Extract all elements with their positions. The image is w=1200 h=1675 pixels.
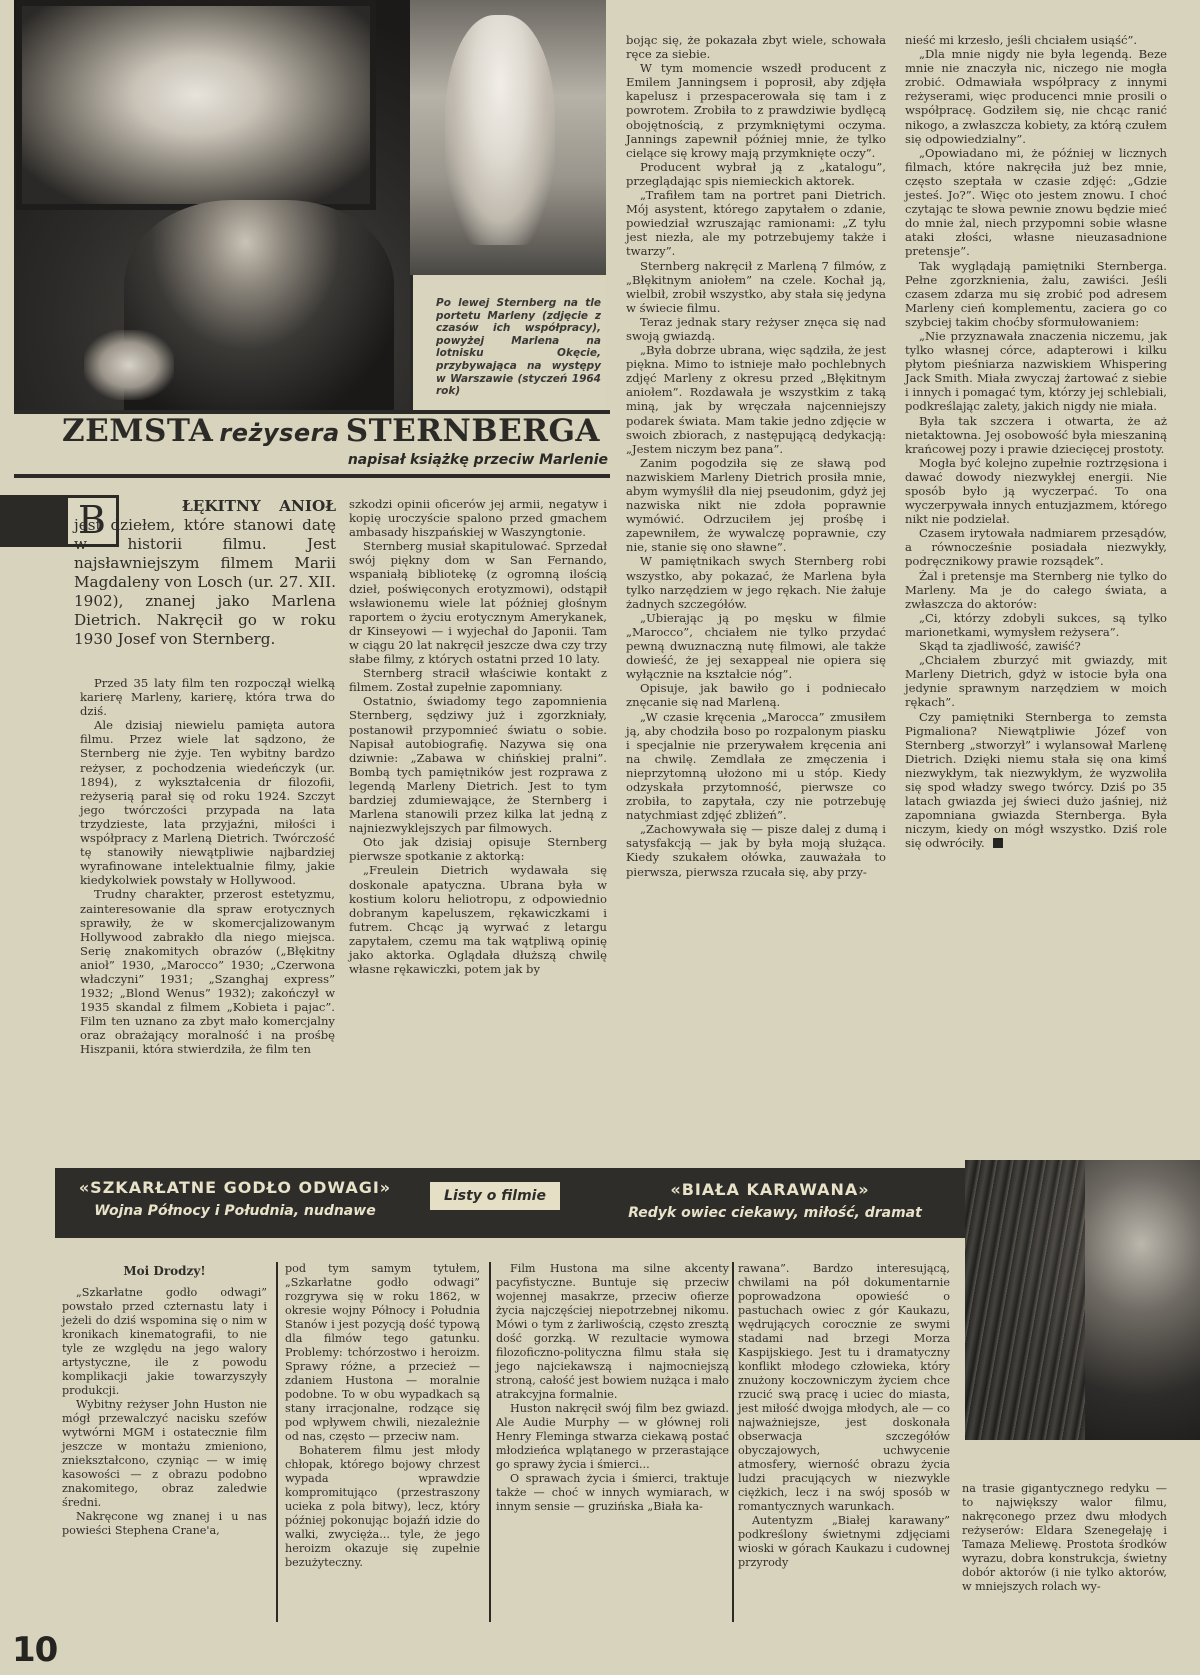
biala-karawana-photo — [965, 1160, 1200, 1440]
headline-part2: reżysera — [219, 419, 339, 447]
paragraph: Oto jak dzisiaj opisuje Sternberg pierws… — [349, 835, 607, 863]
section-label-listy-o-filmie: Listy o filmie — [430, 1182, 560, 1210]
paragraph: Zanim pogodziła się ze sławą pod nazwisk… — [626, 456, 886, 555]
paragraph: Sternberg nakręcił z Marleną 7 filmów, z… — [626, 259, 886, 315]
hand-with-cigarette-image — [84, 330, 174, 400]
column-divider — [732, 1262, 734, 1622]
paragraph: W tym momencie wszedł producent z Emilem… — [626, 61, 886, 160]
paragraph: szkodzi opinii oficerów jej armii, negat… — [349, 497, 607, 539]
column-divider — [276, 1262, 278, 1622]
headline-bottom-rule — [14, 474, 610, 478]
headline-part3: STERNBERGA — [346, 413, 600, 449]
headline: ZEMSTAreżyseraSTERNBERGA — [60, 412, 600, 452]
paragraph: Producent wybrał ją z „katalogu”, przegl… — [626, 160, 886, 188]
paragraph: „Ubierając ją po męsku w filmie „Marocco… — [626, 611, 886, 681]
headline-part1: ZEMSTA — [62, 413, 213, 449]
paragraph: Przed 35 laty film ten rozpoczął wielką … — [80, 676, 335, 718]
paragraph: Film Hustona ma silne akcenty pacyfistyc… — [496, 1262, 729, 1402]
review1-title: «SZKARŁATNE GODŁO ODWAGI» — [70, 1178, 400, 1197]
paragraph: Czy pamiętniki Sternberga to zemsta Pigm… — [905, 710, 1167, 851]
review2-subtitle: Redyk owiec ciekawy, miłość, dramat — [600, 1205, 950, 1221]
paragraph: O sprawach życia i śmierci, traktuje tak… — [496, 1472, 729, 1514]
paragraph: Autentyzm „Białej karawany” podkreślony … — [738, 1514, 950, 1570]
salutation: Moi Drodzy! — [62, 1264, 267, 1278]
paragraph: „W czasie kręcenia „Marocca” zmusiłem ją… — [626, 710, 886, 823]
paragraph: Teraz jednak stary reżyser znęca się nad… — [626, 315, 886, 343]
letters-column-2: pod tym samym tytułem, „Szkarłatne godło… — [285, 1262, 480, 1570]
paragraph: Mogła być kolejno zupełnie roztrzęsiona … — [905, 456, 1167, 526]
paragraph: „Chciałem zburzyć mit gwiazdy, mit Marle… — [905, 653, 1167, 709]
end-of-article-icon — [993, 838, 1003, 848]
magazine-page: Po lewej Sternberg na tle portetu Marlen… — [0, 0, 1200, 1675]
intro-text: jest dziełem, które stanowi datę w histo… — [74, 516, 336, 648]
column-divider — [489, 1262, 491, 1622]
article-intro: ŁĘKITNY ANIOŁ jest dziełem, które stanow… — [74, 497, 336, 649]
intro-title: ŁĘKITNY ANIOŁ — [182, 497, 336, 515]
paragraph: Bohaterem filmu jest młody chłopak, któr… — [285, 1444, 480, 1570]
paragraph: „Nie przyznawała znaczenia niczemu, jak … — [905, 329, 1167, 414]
paragraph: Sternberg musiał skapitulować. Sprzedał … — [349, 539, 607, 666]
paragraph: „Opowiadano mi, że później w licznych fi… — [905, 146, 1167, 259]
headline-subtitle: napisał książkę przeciw Marlenie — [60, 452, 608, 468]
paragraph: Huston nakręcił swój film bez gwiazd. Al… — [496, 1402, 729, 1472]
paragraph: W pamiętnikach swych Sternberg robi wszy… — [626, 554, 886, 610]
paragraph: Nakręcone wg znanej i u nas powieści Ste… — [62, 1510, 267, 1538]
paragraph: „Trafiłem tam na portret pani Dietrich. … — [626, 188, 886, 258]
forest-image — [965, 1160, 1085, 1440]
paragraph: „Ci, którzy zdobyli sukces, są tylko mar… — [905, 611, 1167, 639]
photo-caption: Po lewej Sternberg na tle portetu Marlen… — [436, 297, 601, 398]
paragraph: na trasie gigantycznego redyku — to najw… — [962, 1482, 1167, 1594]
paragraph: Sternberg stracił właściwie kontakt z fi… — [349, 666, 607, 694]
letters-column-4: rawana”. Bardzo interesującą, chwilami n… — [738, 1262, 950, 1570]
article-column-1: Przed 35 laty film ten rozpoczął wielką … — [80, 676, 335, 1057]
marlene-figure-image — [445, 15, 555, 245]
paragraph: „Zachowywała się — pisze dalej z dumą i … — [626, 822, 886, 878]
paragraph: Tak wyglądają pamiętniki Sternberga. Peł… — [905, 259, 1167, 329]
paragraph: Czasem irytowała nadmiarem przesądów, a … — [905, 526, 1167, 568]
paragraph: „Szkarłatne godło odwagi” powstało przed… — [62, 1286, 267, 1398]
paragraph: „Dla mnie nigdy nie była legendą. Beze m… — [905, 47, 1167, 146]
article-column-3: bojąc się, że pokazała zbyt wiele, schow… — [626, 33, 886, 879]
paragraph: Żal i pretensje ma Sternberg nie tylko d… — [905, 569, 1167, 611]
letters-column-3: Film Hustona ma silne akcenty pacyfistyc… — [496, 1262, 729, 1514]
letters-column-5: na trasie gigantycznego redyku — to najw… — [962, 1482, 1167, 1594]
final-paragraph-text: Czy pamiętniki Sternberga to zemsta Pigm… — [905, 710, 1167, 851]
paragraph: Ale dzisiaj niewielu pamięta autora film… — [80, 718, 335, 887]
paragraph: pod tym samym tytułem, „Szkarłatne godło… — [285, 1262, 480, 1444]
paragraph: Ostatnio, świadomy tego zapomnienia Ster… — [349, 694, 607, 835]
paragraph: bojąc się, że pokazała zbyt wiele, schow… — [626, 33, 886, 61]
paragraph: Była tak szczera i otwarta, że aż nietak… — [905, 414, 1167, 456]
paragraph: Opisuje, jak bawiło go i podniecało znęc… — [626, 681, 886, 709]
marlene-airport-photo — [410, 0, 606, 275]
article-column-4: nieść mi krzesło, jeśli chciałem usiąść”… — [905, 33, 1167, 850]
paragraph: „Freulein Dietrich wydawała się doskonal… — [349, 863, 607, 976]
review1-subtitle: Wojna Północy i Południa, nudnawe — [62, 1203, 408, 1219]
paragraph: „Była dobrze ubrana, więc sądziła, że je… — [626, 343, 886, 456]
paragraph: Wybitny reżyser John Huston nie mógł prz… — [62, 1398, 267, 1510]
paragraph: Trudny charakter, przerost estetyzmu, za… — [80, 887, 335, 1056]
letters-column-1: Moi Drodzy! „Szkarłatne godło odwagi” po… — [62, 1262, 267, 1538]
paragraph: nieść mi krzesło, jeśli chciałem usiąść”… — [905, 33, 1167, 47]
page-number: 10 — [12, 1630, 57, 1670]
paragraph: rawana”. Bardzo interesującą, chwilami n… — [738, 1262, 950, 1514]
review2-title: «BIAŁA KARAWANA» — [620, 1180, 920, 1199]
marlene-portrait-image — [16, 0, 376, 210]
article-column-2: szkodzi opinii oficerów jej armii, negat… — [349, 497, 607, 976]
paragraph: Skąd ta zjadliwość, zawiść? — [905, 639, 1167, 653]
dropcap-band — [0, 495, 65, 547]
